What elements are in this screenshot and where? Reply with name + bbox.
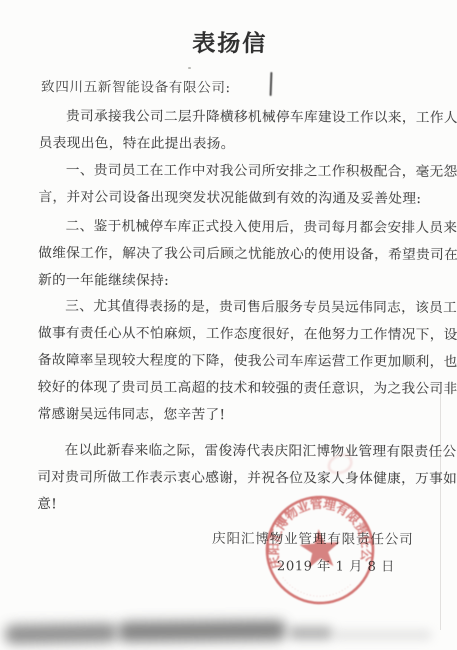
text-line: 意!: [37, 491, 446, 520]
text-line: 一、贵司员工在工作中对我公司所安排之工作积极配合，毫无怨: [39, 157, 448, 186]
paragraph-closing: 在以此新春来临之际，雷俊涛代表庆阳汇博物业管理有限责任公 司对贵司所做工作表示衷…: [37, 437, 446, 520]
scan-shadow: [332, 630, 432, 640]
text-line: 言，并对公司设备出现突发状况能做到有效的沟通及妥善处理:: [38, 184, 447, 213]
salutation: 致四川五新智能设备有限公司:: [41, 75, 231, 96]
text-line: 司对贵司所做工作表示衷心感谢，并祝各位及家人身体健康，万事如: [37, 464, 446, 493]
text-line: 做事有责任心从不怕麻烦，工作态度很好，在他努力工作情况下，设: [38, 320, 447, 349]
text-line: 二、鉴于机械停车库正式投入使用后，贵司每月都会安排人员来: [38, 213, 447, 242]
text-line: 较好的体现了贵司员工高超的技术和较强的责任意识，为之我公司非: [38, 374, 447, 403]
text-line: 贵司承接我公司二层升降横移机械停车库建设工作以来，工作人: [39, 103, 448, 132]
paper-fold-line: [440, 388, 441, 630]
scan-shadow: [5, 623, 117, 644]
paragraph-point-1: 一、贵司员工在工作中对我公司所安排之工作积极配合，毫无怨 言，并对公司设备出现突…: [38, 157, 447, 213]
scan-shadow: [289, 626, 333, 640]
text-line: 员表现出色，特在此提出表扬。: [39, 130, 448, 159]
text-line: 三、尤其值得表扬的是，贵司售后服务专员吴远伟同志，该员工: [38, 293, 447, 322]
text-line: 常感谢吴远伟同志，您辛苦了!: [38, 401, 447, 430]
text-line: 做维保工作，解决了我公司后顾之忧能放心的使用设备，希望贵司在: [38, 240, 447, 269]
star-icon: [299, 528, 342, 569]
scan-shadow: [118, 620, 286, 642]
scanned-letter-page: 表扬信 致四川五新智能设备有限公司: 贵司承接我公司二层升降横移机械停车库建设工…: [0, 0, 457, 650]
letter-body: 表扬信 致四川五新智能设备有限公司: 贵司承接我公司二层升降横移机械停车库建设工…: [0, 0, 457, 650]
text-line: 备故障率呈现较大程度的下降，使我公司车库运营工作更加顺利，也: [38, 347, 447, 376]
scan-speck: [188, 67, 191, 69]
paragraph-intro: 贵司承接我公司二层升降横移机械停车库建设工作以来，工作人 员表现出色，特在此提出…: [39, 103, 448, 159]
company-seal-stamp: 庆阳汇博物业管理有限责任公司 ························: [258, 488, 382, 612]
text-line: 新的一年能继续保持:: [38, 267, 447, 296]
text-line: 在以此新春来临之际，雷俊涛代表庆阳汇博物业管理有限责任公: [37, 437, 446, 466]
letter-title: 表扬信: [1, 24, 457, 59]
paragraph-point-3: 三、尤其值得表扬的是，贵司售后服务专员吴远伟同志，该员工 做事有责任心从不怕麻烦…: [38, 293, 448, 430]
paragraph-point-2: 二、鉴于机械停车库正式投入使用后，贵司每月都会安排人员来 做维保工作，解决了我公…: [38, 213, 447, 296]
